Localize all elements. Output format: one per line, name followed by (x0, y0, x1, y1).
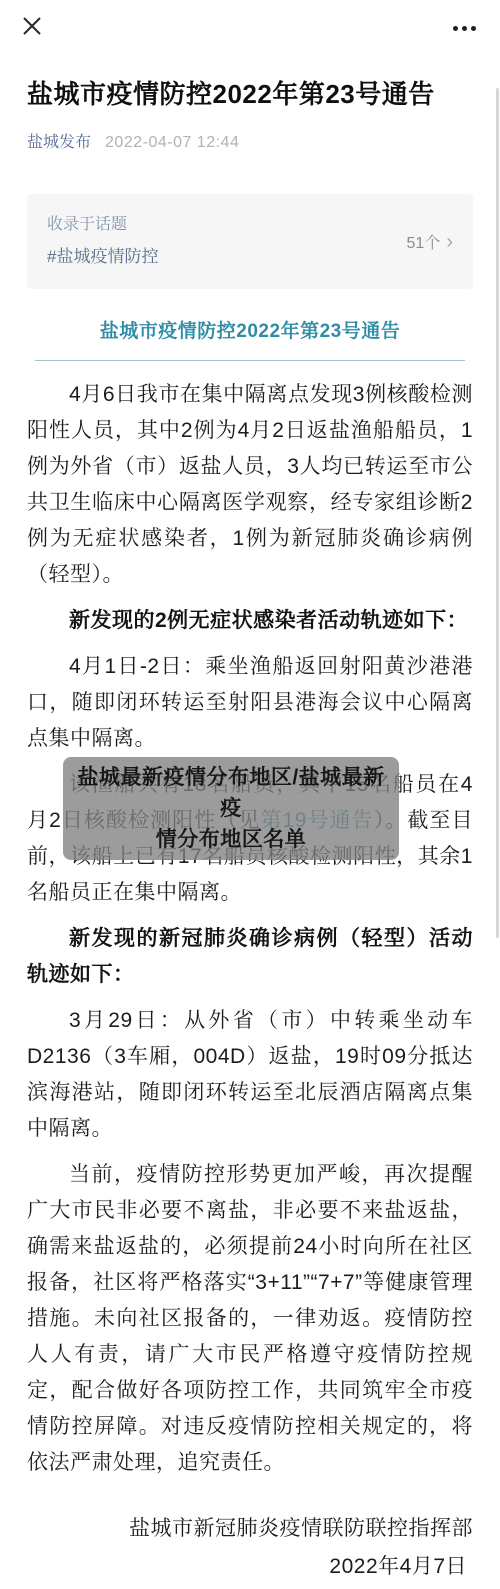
close-icon (22, 16, 42, 41)
signature-block: 盐城市新冠肺炎疫情联防联控指挥部 2022年4月7日 (27, 1511, 473, 1585)
paragraph-case-summary: 4月6日我市在集中隔离点发现3例核酸检测阳性人员，其中2例为4月2日返盐渔船船员… (27, 377, 473, 593)
article-body: 4月6日我市在集中隔离点发现3例核酸检测阳性人员，其中2例为4月2日返盐渔船船员… (27, 377, 473, 1481)
chevron-right-icon: › (446, 232, 453, 252)
signature-date: 2022年4月7日 (27, 1549, 473, 1585)
scrollbar[interactable] (496, 88, 499, 938)
heading-divider (35, 360, 465, 361)
ellipsis-icon (453, 26, 476, 31)
topic-count-area: 51个 › (407, 230, 453, 253)
notice-heading: 盐城市疫情防控2022年第23号通告 (27, 316, 473, 343)
paragraph-track-march29: 3月29日：从外省（市）中转乘坐动车D2136（3车厢，004D）返盐，19时0… (27, 1003, 473, 1147)
article-meta: 盐城发布 2022-04-07 12:44 (27, 129, 473, 152)
topic-count: 51个 (407, 230, 441, 253)
topic-collection-card[interactable]: 收录于话题 #盐城疫情防控 51个 › (27, 194, 473, 289)
article-page: 盐城市疫情防控2022年第23号通告 盐城发布 2022-04-07 12:44… (0, 0, 500, 1589)
topic-info: 收录于话题 #盐城疫情防控 (47, 215, 158, 268)
paragraph-reminder: 当前，疫情防控形势更加严峻，再次提醒广大市民非必要不离盐，非必要不来盐返盐，确需… (27, 1157, 473, 1481)
top-navbar (0, 0, 500, 40)
watermark-overlay: 盐城最新疫情分布地区/盐城最新疫 情分布地区名单 (63, 757, 399, 860)
signature-org: 盐城市新冠肺炎疫情联防联控指挥部 (27, 1511, 473, 1547)
watermark-line1: 盐城最新疫情分布地区/盐城最新疫 (73, 762, 389, 824)
watermark-line2: 情分布地区名单 (73, 824, 389, 855)
close-button[interactable] (20, 16, 44, 40)
heading-confirmed-track: 新发现的新冠肺炎确诊病例（轻型）活动轨迹如下： (27, 921, 473, 993)
topic-hashtag-link[interactable]: #盐城疫情防控 (47, 246, 158, 268)
topic-card-label: 收录于话题 (47, 215, 158, 235)
author-link[interactable]: 盐城发布 (27, 129, 91, 152)
paragraph-ship-crew-wrap: 盐城最新疫情分布地区/盐城最新疫 情分布地区名单 该渔船共有18名船员，其中15… (27, 767, 473, 911)
paragraph-track-april1-2: 4月1日-2日：乘坐渔船返回射阳黄沙港港口，随即闭环转运至射阳县港海会议中心隔离… (27, 649, 473, 757)
more-menu-button[interactable] (451, 20, 478, 37)
heading-asymptomatic-track: 新发现的2例无症状感染者活动轨迹如下： (27, 603, 473, 639)
page-title: 盐城市疫情防控2022年第23号通告 (27, 76, 473, 112)
publish-timestamp: 2022-04-07 12:44 (105, 134, 239, 152)
